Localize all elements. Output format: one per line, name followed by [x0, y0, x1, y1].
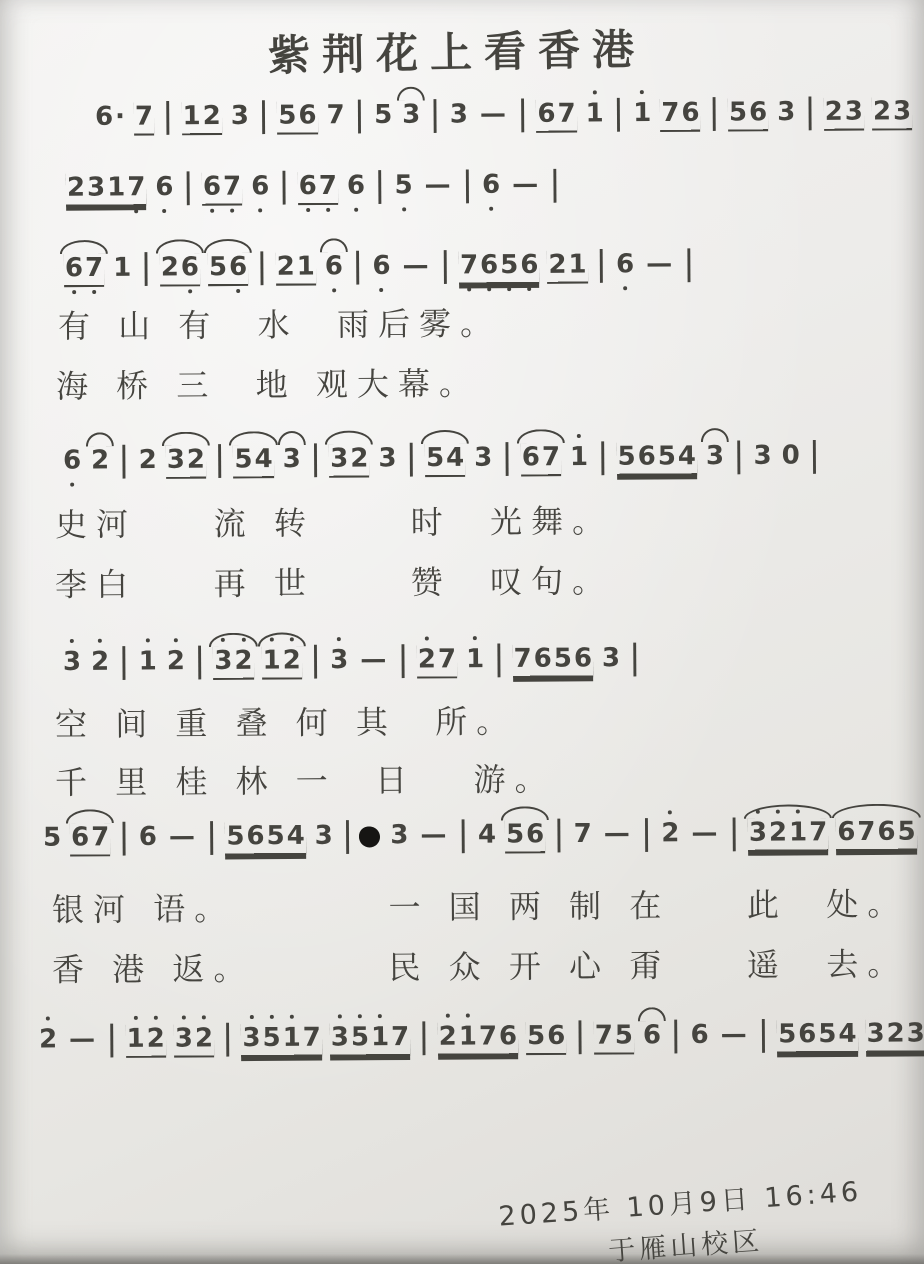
photo-of-handwritten-sheet: 紫荆花上看香港 6·7|123|567|53|3—|671|176|563|23… [0, 0, 924, 1264]
lyrics-line-3: 史河 流 转 时 光舞。 [55, 496, 613, 546]
lyrics-line-1: 有 山 有 水 雨后雾。 [58, 298, 501, 347]
lyrics-line-5: 空 间 重 叠 何 其 所。 [55, 696, 518, 745]
ink-blot [359, 826, 378, 845]
lyrics-line-4: 李白 再 世 赞 叹句。 [55, 556, 613, 606]
notation-line-2: 23176|676|676|5—|6—| [62, 168, 565, 204]
signature-annotation: 于雁山校区 [607, 1219, 764, 1264]
lyrics-line-2: 海 桥 三 地 观大幕。 [56, 359, 480, 408]
notation-line-1: 6·7|123|567|53|3—|671|176|563|2323| [90, 95, 924, 133]
notation-line-5: 32|12|3212|3—|271|76563| [58, 642, 645, 679]
lyrics-line-8: 香 港 返。 民 众 开 心 甭 遥 去。 [52, 939, 909, 991]
notation-line-3: 671|2656|216|6—|765621|6—| [60, 248, 699, 285]
notation-line-4: 62|232|543|323|543|671|56543|30| [58, 439, 824, 477]
lyrics-line-6: 千 里 桂 林 一 日 游。 [55, 754, 556, 803]
notation-line-7: 2—|1232|35173517|217656|756|6—|56543232|… [34, 1016, 924, 1056]
lyrics-line-7: 银河 语。 一 国 两 制 在 此 处。 [52, 879, 909, 931]
notation-line-6: 567|6—|56543|3—|456|7—|2—|32176765|6—|6—… [38, 814, 924, 854]
song-title: 紫荆花上看香港 [268, 17, 647, 84]
